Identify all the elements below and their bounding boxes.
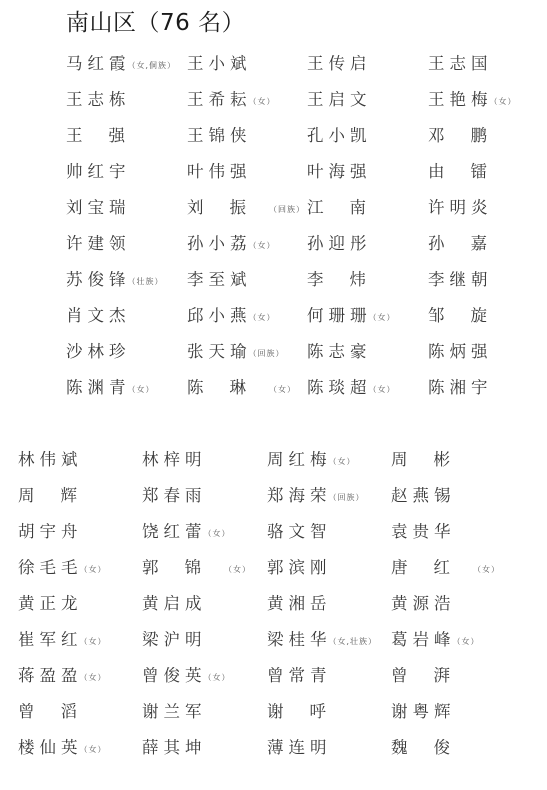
name-entry: 林梓明 bbox=[142, 448, 204, 474]
name-entry: 黄启成 bbox=[142, 592, 204, 618]
name-entry: 孙嘉 bbox=[428, 232, 510, 258]
name-entry: 薛其坤 bbox=[142, 736, 204, 762]
name-entry: 王艳梅（女） bbox=[428, 88, 517, 114]
person-name: 郑春雨 bbox=[142, 486, 207, 505]
person-note: （女） bbox=[224, 565, 251, 574]
person-name: 郭滨刚 bbox=[267, 558, 332, 577]
name-entry: 刘宝瑞 bbox=[66, 196, 128, 222]
person-note: （女） bbox=[249, 241, 276, 250]
name-entry: 黄正龙 bbox=[18, 592, 80, 618]
person-note: （女） bbox=[128, 385, 155, 394]
name-entry: 孙迎彤 bbox=[307, 232, 369, 258]
person-note: （女） bbox=[80, 745, 107, 754]
name-entry: 曾常青 bbox=[267, 664, 329, 690]
person-name: 江南 bbox=[307, 198, 392, 217]
person-name: 李至斌 bbox=[187, 270, 252, 289]
person-name: 蒋盈盈 bbox=[18, 666, 83, 685]
person-name: 谢兰军 bbox=[142, 702, 207, 721]
person-note: （女） bbox=[453, 637, 480, 646]
person-note: （女） bbox=[369, 385, 396, 394]
name-entry: 邹旋 bbox=[428, 304, 510, 330]
name-entry: 许明炎 bbox=[428, 196, 490, 222]
person-name: 唐红 bbox=[391, 558, 476, 577]
person-name: 郭锦 bbox=[142, 558, 227, 577]
person-name: 刘振 bbox=[187, 198, 272, 217]
person-name: 由镭 bbox=[428, 162, 513, 181]
person-name: 周辉 bbox=[18, 486, 103, 505]
person-name: 陈炳强 bbox=[428, 342, 493, 361]
name-entry: 孙小荔（女） bbox=[187, 232, 276, 258]
person-name: 王强 bbox=[66, 126, 151, 145]
person-name: 陈志豪 bbox=[307, 342, 372, 361]
name-entry: 李炜 bbox=[307, 268, 389, 294]
person-note: （女） bbox=[80, 565, 107, 574]
person-note: （女） bbox=[204, 529, 231, 538]
name-entry: 王强 bbox=[66, 124, 148, 150]
name-entry: 陈志豪 bbox=[307, 340, 369, 366]
person-name: 孙迎彤 bbox=[307, 234, 372, 253]
person-name: 叶海强 bbox=[307, 162, 372, 181]
name-entry: 崔军红（女） bbox=[18, 628, 107, 654]
name-entry: 李至斌 bbox=[187, 268, 249, 294]
name-entry: 由镭 bbox=[428, 160, 510, 186]
name-entry: 魏俊 bbox=[391, 736, 473, 762]
person-name: 许建领 bbox=[66, 234, 131, 253]
name-entry: 陈炳强 bbox=[428, 340, 490, 366]
person-name: 林梓明 bbox=[142, 450, 207, 469]
name-entry: 陈琰超（女） bbox=[307, 376, 396, 402]
person-name: 谢粤辉 bbox=[391, 702, 456, 721]
person-name: 崔军红 bbox=[18, 630, 83, 649]
person-name: 马红霞 bbox=[66, 54, 131, 73]
name-entry: 赵燕锡 bbox=[391, 484, 453, 510]
person-name: 肖文杰 bbox=[66, 306, 131, 325]
name-entry: 江南 bbox=[307, 196, 389, 222]
person-name: 沙林珍 bbox=[66, 342, 131, 361]
name-entry: 王志栋 bbox=[66, 88, 128, 114]
person-name: 饶红蕾 bbox=[142, 522, 207, 541]
name-entry: 许建领 bbox=[66, 232, 128, 258]
person-note: （女） bbox=[329, 457, 356, 466]
person-name: 谢呼 bbox=[267, 702, 352, 721]
person-name: 张天瑜 bbox=[187, 342, 252, 361]
name-entry: 徐毛毛（女） bbox=[18, 556, 107, 582]
name-entry: 蒋盈盈（女） bbox=[18, 664, 107, 690]
person-name: 刘宝瑞 bbox=[66, 198, 131, 217]
name-entry: 刘振（回族） bbox=[187, 196, 305, 222]
name-entry: 薄连明 bbox=[267, 736, 329, 762]
name-entry: 周辉 bbox=[18, 484, 100, 510]
person-name: 徐毛毛 bbox=[18, 558, 83, 577]
person-name: 黄湘岳 bbox=[267, 594, 332, 613]
person-name: 黄源浩 bbox=[391, 594, 456, 613]
name-entry: 郭锦（女） bbox=[142, 556, 251, 582]
name-entry: 骆文智 bbox=[267, 520, 329, 546]
person-name: 曾常青 bbox=[267, 666, 332, 685]
person-note: （回族） bbox=[269, 205, 305, 214]
person-note: （女,壮族） bbox=[329, 637, 378, 646]
person-name: 魏俊 bbox=[391, 738, 476, 757]
name-entry: 苏俊锋（壮族） bbox=[66, 268, 164, 294]
name-entry: 陈湘宇 bbox=[428, 376, 490, 402]
name-entry: 郭滨刚 bbox=[267, 556, 329, 582]
name-entry: 曾俊英（女） bbox=[142, 664, 231, 690]
name-entry: 谢呼 bbox=[267, 700, 349, 726]
name-entry: 谢粤辉 bbox=[391, 700, 453, 726]
person-name: 孙嘉 bbox=[428, 234, 513, 253]
name-entry: 王启文 bbox=[307, 88, 369, 114]
person-name: 曾俊英 bbox=[142, 666, 207, 685]
person-name: 邱小燕 bbox=[187, 306, 252, 325]
person-name: 苏俊锋 bbox=[66, 270, 131, 289]
name-entry: 孔小凯 bbox=[307, 124, 369, 150]
person-note: （女） bbox=[204, 673, 231, 682]
name-entry: 郑海荣（回族） bbox=[267, 484, 365, 510]
person-note: （女） bbox=[269, 385, 296, 394]
name-entry: 李继朝 bbox=[428, 268, 490, 294]
person-note: （女） bbox=[249, 313, 276, 322]
name-entry: 王小斌 bbox=[187, 52, 249, 78]
person-name: 许明炎 bbox=[428, 198, 493, 217]
name-entry: 叶海强 bbox=[307, 160, 369, 186]
name-entry: 饶红蕾（女） bbox=[142, 520, 231, 546]
person-note: （女） bbox=[369, 313, 396, 322]
person-name: 叶伟强 bbox=[187, 162, 252, 181]
name-entry: 王传启 bbox=[307, 52, 369, 78]
person-name: 曾湃 bbox=[391, 666, 476, 685]
person-name: 薄连明 bbox=[267, 738, 332, 757]
name-entry: 胡宇舟 bbox=[18, 520, 80, 546]
name-entry: 帅红宇 bbox=[66, 160, 128, 186]
person-name: 梁桂华 bbox=[267, 630, 332, 649]
name-entry: 邓鹏 bbox=[428, 124, 510, 150]
name-entry: 曾湃 bbox=[391, 664, 473, 690]
person-name: 薛其坤 bbox=[142, 738, 207, 757]
name-entry: 梁沪明 bbox=[142, 628, 204, 654]
person-note: （回族） bbox=[329, 493, 365, 502]
name-entry: 王希耘（女） bbox=[187, 88, 276, 114]
name-entry: 葛岩峰（女） bbox=[391, 628, 480, 654]
name-entry: 谢兰军 bbox=[142, 700, 204, 726]
person-name: 孔小凯 bbox=[307, 126, 372, 145]
person-name: 袁贵华 bbox=[391, 522, 456, 541]
name-entry: 郑春雨 bbox=[142, 484, 204, 510]
name-entry: 唐红（女） bbox=[391, 556, 500, 582]
person-name: 黄正龙 bbox=[18, 594, 83, 613]
person-note: （女） bbox=[80, 673, 107, 682]
person-name: 梁沪明 bbox=[142, 630, 207, 649]
name-entry: 何珊珊（女） bbox=[307, 304, 396, 330]
person-name: 赵燕锡 bbox=[391, 486, 456, 505]
person-name: 邹旋 bbox=[428, 306, 513, 325]
person-name: 林伟斌 bbox=[18, 450, 83, 469]
person-name: 邓鹏 bbox=[428, 126, 513, 145]
name-entry: 曾滔 bbox=[18, 700, 100, 726]
name-entry: 袁贵华 bbox=[391, 520, 453, 546]
person-name: 葛岩峰 bbox=[391, 630, 456, 649]
person-name: 王锦侠 bbox=[187, 126, 252, 145]
person-name: 何珊珊 bbox=[307, 306, 372, 325]
name-entry: 梁桂华（女,壮族） bbox=[267, 628, 377, 654]
person-name: 周红梅 bbox=[267, 450, 332, 469]
person-name: 陈湘宇 bbox=[428, 378, 493, 397]
person-name: 陈琰超 bbox=[307, 378, 372, 397]
person-name: 王希耘 bbox=[187, 90, 252, 109]
person-name: 王传启 bbox=[307, 54, 372, 73]
person-note: （回族） bbox=[249, 349, 285, 358]
name-entry: 林伟斌 bbox=[18, 448, 80, 474]
person-note: （女） bbox=[80, 637, 107, 646]
person-name: 胡宇舟 bbox=[18, 522, 83, 541]
person-name: 王志国 bbox=[428, 54, 493, 73]
name-entry: 马红霞（女,侗族） bbox=[66, 52, 176, 78]
name-entry: 周彬 bbox=[391, 448, 473, 474]
name-entry: 邱小燕（女） bbox=[187, 304, 276, 330]
person-note: （女,侗族） bbox=[128, 61, 177, 70]
name-entry: 陈渊青（女） bbox=[66, 376, 155, 402]
person-name: 孙小荔 bbox=[187, 234, 252, 253]
person-name: 李继朝 bbox=[428, 270, 493, 289]
person-name: 曾滔 bbox=[18, 702, 103, 721]
person-name: 王小斌 bbox=[187, 54, 252, 73]
name-entry: 沙林珍 bbox=[66, 340, 128, 366]
name-entry: 黄源浩 bbox=[391, 592, 453, 618]
name-entry: 王锦侠 bbox=[187, 124, 249, 150]
person-name: 骆文智 bbox=[267, 522, 332, 541]
name-entry: 楼仙英（女） bbox=[18, 736, 107, 762]
person-name: 黄启成 bbox=[142, 594, 207, 613]
person-name: 郑海荣 bbox=[267, 486, 332, 505]
section-title: 南山区（76 名） bbox=[66, 4, 245, 37]
name-entry: 王志国 bbox=[428, 52, 490, 78]
person-note: （壮族） bbox=[128, 277, 164, 286]
person-name: 王艳梅 bbox=[428, 90, 493, 109]
name-entry: 周红梅（女） bbox=[267, 448, 356, 474]
name-entry: 肖文杰 bbox=[66, 304, 128, 330]
name-entry: 陈琳（女） bbox=[187, 376, 296, 402]
name-entry: 叶伟强 bbox=[187, 160, 249, 186]
person-name: 王志栋 bbox=[66, 90, 131, 109]
person-note: （女） bbox=[490, 97, 517, 106]
person-name: 王启文 bbox=[307, 90, 372, 109]
person-name: 周彬 bbox=[391, 450, 476, 469]
person-note: （女） bbox=[473, 565, 500, 574]
person-name: 楼仙英 bbox=[18, 738, 83, 757]
name-entry: 张天瑜（回族） bbox=[187, 340, 285, 366]
name-entry: 黄湘岳 bbox=[267, 592, 329, 618]
person-name: 陈渊青 bbox=[66, 378, 131, 397]
person-name: 李炜 bbox=[307, 270, 392, 289]
person-name: 帅红宇 bbox=[66, 162, 131, 181]
person-name: 陈琳 bbox=[187, 378, 272, 397]
person-note: （女） bbox=[249, 97, 276, 106]
